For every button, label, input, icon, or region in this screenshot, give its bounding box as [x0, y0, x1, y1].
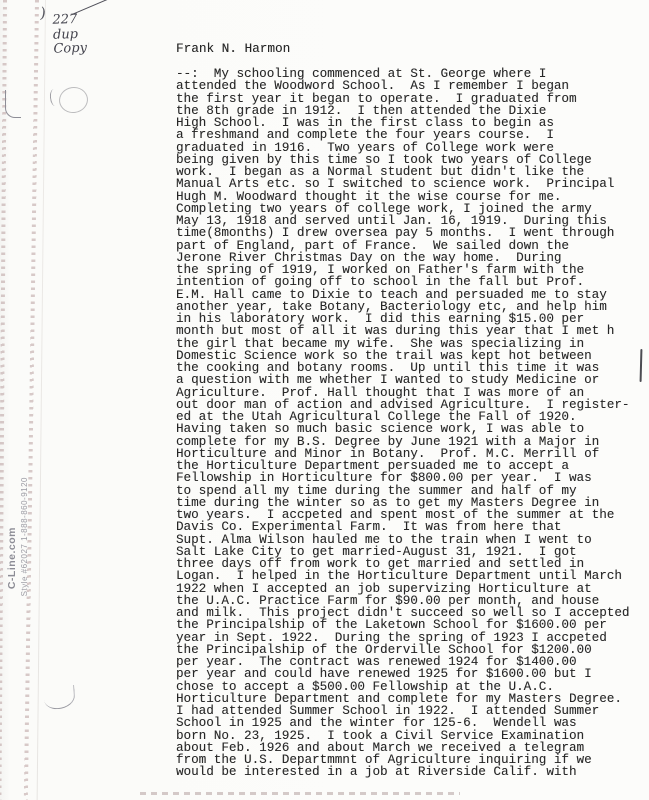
pen-curve-mark — [43, 685, 76, 710]
page-title: Frank N. Harmon — [176, 41, 290, 56]
edge-brand-text: C-Line.com — [6, 527, 18, 589]
perforation-ticks-bottom — [140, 792, 460, 795]
pen-bracket-mark — [5, 90, 21, 118]
handwritten-note-line: Copy — [53, 41, 99, 57]
body-text: --: My schooling commenced at St. George… — [176, 68, 629, 779]
pen-dash-mark — [640, 349, 643, 382]
scanned-page: C-Line.com Style #62027 1-888-860-9120 )… — [0, 0, 649, 800]
handwritten-note: 227 dup Copy — [52, 12, 99, 57]
perforation-ticks-inner — [24, 0, 39, 800]
pencil-circle-mark — [57, 85, 89, 115]
edge-style-number-text: Style #62027 1-888-860-9120 — [20, 477, 29, 596]
perforation-ticks-left — [0, 0, 7, 800]
pencil-paren-mark — [49, 88, 62, 106]
pen-paren-mark: ) — [39, 4, 47, 23]
handwritten-note-line: 227 — [52, 12, 98, 28]
protector-edge-line — [37, 0, 46, 800]
